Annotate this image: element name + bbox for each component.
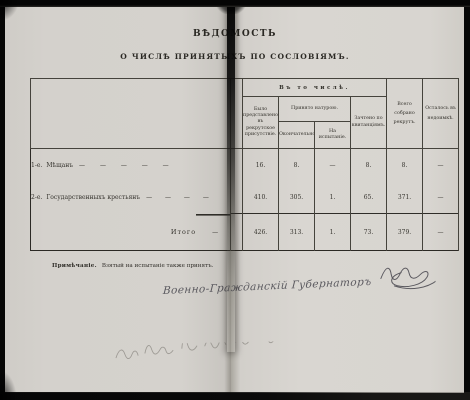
cell-accepted-final: 8. xyxy=(279,149,315,183)
row-number: 1-е. xyxy=(31,162,42,169)
leader-dashes: — — — — xyxy=(146,194,209,201)
row-label: 2-е.Государственныхъ крестьянъ— — — — xyxy=(31,182,231,214)
total-presented: 426. xyxy=(243,214,279,251)
footnote-text: Взятый на испытаніе также принятъ. xyxy=(102,263,214,269)
cell-total-collected: 371. xyxy=(387,182,423,214)
total-label: Итого xyxy=(171,228,196,236)
cell-arrears: — xyxy=(423,149,459,183)
page-title: ВѢДОМОСТЬ xyxy=(0,29,470,39)
col-header-total-collected: Всего собрано рекрутъ. xyxy=(387,79,423,149)
scan-corner-top-left xyxy=(0,0,18,20)
total-receipts: 73. xyxy=(351,214,387,251)
total-accepted-trial: 1. xyxy=(315,214,351,251)
scan-edge-bottom xyxy=(0,392,470,400)
page-subtitle: О ЧИСЛѢ ПРИНЯТЫХЪ ПО СОСЛОВІЯМЪ. xyxy=(0,52,470,61)
col-header-accepted-trial: На испытаніе. xyxy=(315,122,351,149)
cell-accepted-trial: 1. xyxy=(315,182,351,214)
cell-receipts: 8. xyxy=(351,149,387,183)
total-arrears: — xyxy=(423,214,459,251)
row-number: 2-е. xyxy=(31,194,42,201)
cell-presented: 410. xyxy=(243,182,279,214)
col-header-receipts: Зачтено по квитанціямъ. xyxy=(351,97,387,149)
cell-presented: 16. xyxy=(243,149,279,183)
cell-total-collected: 8. xyxy=(387,149,423,183)
leader-dashes: — — — — — xyxy=(79,162,169,169)
col-header-presented: Было представлено въ рекрутское присутст… xyxy=(243,97,279,149)
pencil-scribble-icon xyxy=(112,339,380,365)
cell-arrears: — xyxy=(423,182,459,214)
recruits-by-estate-table: Въ то числѣ. Всего собрано рекрутъ. Оста… xyxy=(30,78,459,251)
total-label-cell: Итого— xyxy=(31,214,231,251)
col-group-header: Въ то числѣ. xyxy=(243,79,387,97)
cell-accepted-trial: — xyxy=(315,149,351,183)
footnote: Примѣчаніе.Взятый на испытаніе также при… xyxy=(52,263,213,269)
scan-edge-top xyxy=(0,0,470,7)
col-header-accepted-group: Принято натурою. xyxy=(279,97,351,122)
col-header-arrears: Осталось въ недоимкѣ. xyxy=(423,79,459,149)
signature-title-text: Военно-Гражданскій Губернаторъ xyxy=(163,276,372,297)
scan-edge-right xyxy=(464,0,470,400)
footnote-label: Примѣчаніе. xyxy=(52,263,97,269)
row-label-column-header xyxy=(31,79,231,149)
signature-flourish-icon xyxy=(377,262,437,293)
cell-receipts: 65. xyxy=(351,182,387,214)
scanned-document: ВѢДОМОСТЬ О ЧИСЛѢ ПРИНЯТЫХЪ ПО СОСЛОВІЯМ… xyxy=(0,0,470,400)
row-label: 1-е.Мѣщанъ— — — — — xyxy=(31,149,231,183)
table-row-total: Итого— 426. 313. 1. 73. 379. — xyxy=(31,214,459,251)
total-accepted-final: 313. xyxy=(279,214,315,251)
total-total-collected: 379. xyxy=(387,214,423,251)
table-row-state-peasants: 2-е.Государственныхъ крестьянъ— — — — 41… xyxy=(31,182,459,214)
cell-accepted-final: 305. xyxy=(279,182,315,214)
total-dash: — xyxy=(212,229,218,236)
estate-name: Государственныхъ крестьянъ xyxy=(46,194,140,201)
col-header-accepted-final: Окончательно. xyxy=(279,122,315,149)
book-fold-shadow xyxy=(227,0,235,352)
estate-name: Мѣщанъ xyxy=(46,162,73,169)
scan-corner-bottom-left xyxy=(0,372,16,400)
table-row-burghers: 1-е.Мѣщанъ— — — — — 16. 8. — 8. 8. — xyxy=(31,149,459,183)
